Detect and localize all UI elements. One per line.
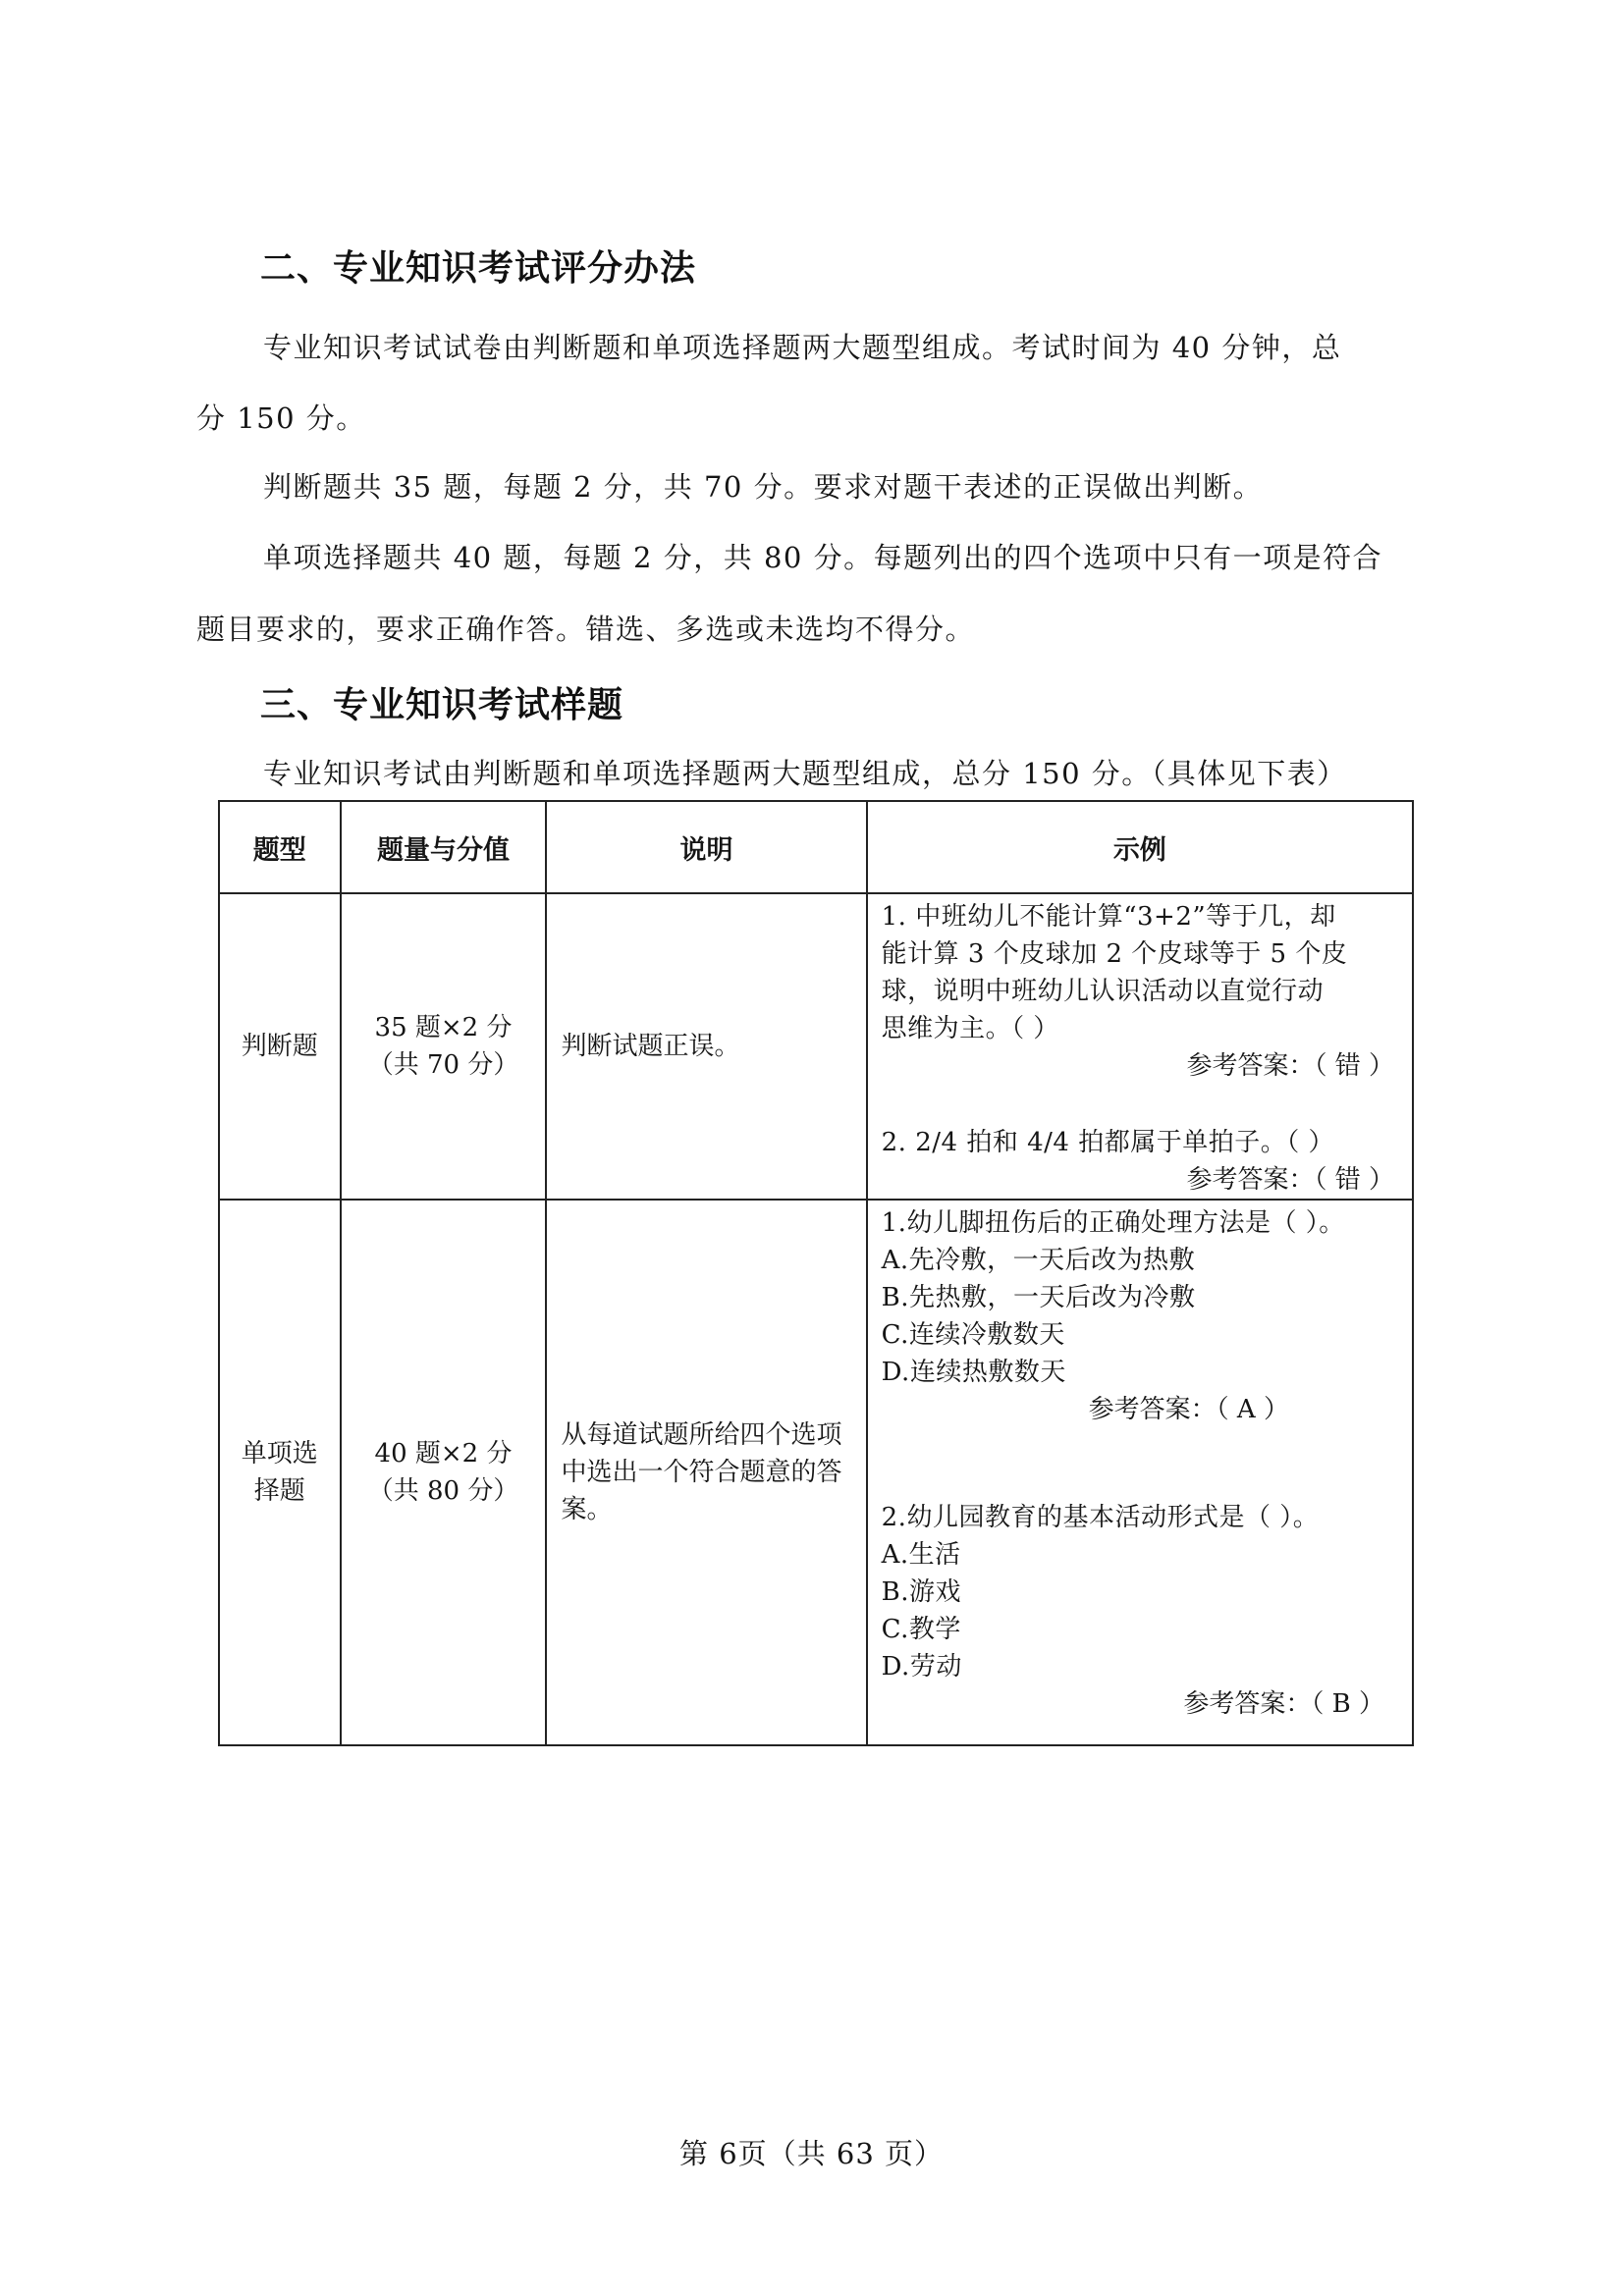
example-q1-answer: 参考答案：（ 错 ）	[882, 1047, 1398, 1085]
type-line: 择题	[220, 1472, 340, 1510]
header-question-type: 题型	[219, 801, 341, 893]
sample-questions-table: 题型 题量与分值 说明 示例 判断题 35 题×2 分 （共 70 分） 判断试…	[218, 800, 1414, 1746]
paragraph-single-choice-rules-line2: 题目要求的，要求正确作答。错选、多选或未选均不得分。	[196, 614, 1434, 645]
cell-type: 判断题	[219, 893, 341, 1200]
example-q1-line: 能计算 3 个皮球加 2 个皮球等于 5 个皮	[882, 935, 1398, 973]
example-q2-stem: 2.幼儿园教育的基本活动形式是（ ）。	[882, 1499, 1398, 1536]
example-q1-option-a: A.先冷敷，一天后改为热敷	[882, 1242, 1398, 1279]
example-q2-answer: 参考答案：（ B ）	[882, 1685, 1398, 1723]
paragraph-sample-intro: 专业知识考试由判断题和单项选择题两大题型组成，总分 150 分。（具体见下表）	[263, 758, 1500, 789]
count-line: 40 题×2 分	[342, 1435, 546, 1472]
example-q1-line: 1. 中班幼儿不能计算“3+2”等于几，却	[882, 898, 1398, 935]
spacer	[882, 1085, 1398, 1124]
table-row: 判断题 35 题×2 分 （共 70 分） 判断试题正误。 1. 中班幼儿不能计…	[219, 893, 1413, 1200]
cell-count-score: 40 题×2 分 （共 80 分）	[341, 1200, 547, 1745]
header-count-score: 题量与分值	[341, 801, 547, 893]
example-q2-answer: 参考答案：（ 错 ）	[882, 1161, 1398, 1199]
example-q2-option-a: A.生活	[882, 1536, 1398, 1574]
cell-examples: 1. 中班幼儿不能计算“3+2”等于几，却 能计算 3 个皮球加 2 个皮球等于…	[867, 893, 1413, 1200]
example-q1-answer: 参考答案：（ A ）	[882, 1391, 1398, 1428]
total-line: （共 80 分）	[342, 1472, 546, 1510]
cell-description: 判断试题正误。	[546, 893, 866, 1200]
cell-examples: 1.幼儿脚扭伤后的正确处理方法是（ ）。 A.先冷敷，一天后改为热敷 B.先热敷…	[867, 1200, 1413, 1745]
header-example: 示例	[867, 801, 1413, 893]
example-q1-line: 思维为主。（ ）	[882, 1010, 1398, 1047]
example-q2-option-c: C.教学	[882, 1611, 1398, 1648]
example-q2-option-b: B.游戏	[882, 1574, 1398, 1611]
type-line: 单项选	[220, 1435, 340, 1472]
example-q1-option-c: C.连续冷敷数天	[882, 1316, 1398, 1354]
cell-count-score: 35 题×2 分 （共 70 分）	[341, 893, 547, 1200]
example-q1-stem: 1.幼儿脚扭伤后的正确处理方法是（ ）。	[882, 1204, 1398, 1242]
example-q1-option-b: B.先热敷，一天后改为冷敷	[882, 1279, 1398, 1316]
table-row: 单项选 择题 40 题×2 分 （共 80 分） 从每道试题所给四个选项中选出一…	[219, 1200, 1413, 1745]
cell-type: 单项选 择题	[219, 1200, 341, 1745]
example-q2-line: 2. 2/4 拍和 4/4 拍都属于单拍子。（ ）	[882, 1124, 1398, 1161]
example-q1-option-d: D.连续热敷数天	[882, 1354, 1398, 1391]
count-line: 35 题×2 分	[342, 1009, 546, 1046]
paragraph-single-choice-rules-line1: 单项选择题共 40 题，每题 2 分，共 80 分。每题列出的四个选项中只有一项…	[263, 542, 1500, 573]
section-heading-sample-questions: 三、专业知识考试样题	[260, 677, 623, 727]
cell-description: 从每道试题所给四个选项中选出一个符合题意的答案。	[546, 1200, 866, 1745]
paragraph-exam-overview-line1: 专业知识考试试卷由判断题和单项选择题两大题型组成。考试时间为 40 分钟，总	[263, 332, 1500, 363]
example-q2-option-d: D.劳动	[882, 1648, 1398, 1685]
document-page: 二、专业知识考试评分办法 专业知识考试试卷由判断题和单项选择题两大题型组成。考试…	[0, 0, 1623, 2296]
table-header-row: 题型 题量与分值 说明 示例	[219, 801, 1413, 893]
total-line: （共 70 分）	[342, 1046, 546, 1084]
paragraph-exam-overview-line2: 分 150 分。	[196, 402, 1434, 434]
header-description: 说明	[546, 801, 866, 893]
example-q1-line: 球，说明中班幼儿认识活动以直觉行动	[882, 973, 1398, 1010]
page-number: 第 6页（共 63 页）	[0, 2132, 1623, 2172]
spacer	[882, 1428, 1398, 1499]
section-heading-scoring: 二、专业知识考试评分办法	[260, 240, 696, 291]
paragraph-true-false-rules: 判断题共 35 题，每题 2 分，共 70 分。要求对题干表述的正误做出判断。	[263, 471, 1500, 503]
